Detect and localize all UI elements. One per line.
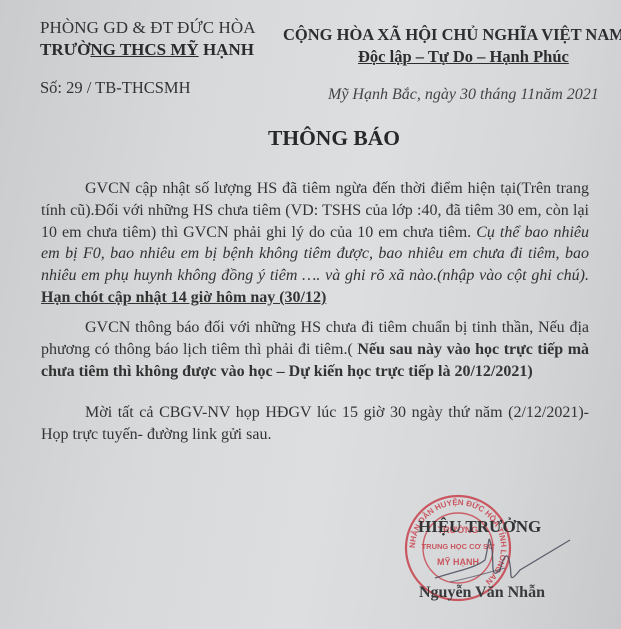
nation-heading: CỘNG HÒA XÃ HỘI CHỦ NGHĨA VIỆT NAM [283, 25, 621, 45]
school-name-prefix: TRƯỜ [40, 40, 90, 59]
school-name-underlined: NG THCS MỸ [90, 40, 198, 59]
agency-name: PHÒNG GD & ĐT ĐỨC HÒA [40, 18, 256, 38]
document-title: THÔNG BÁO [268, 126, 400, 151]
place-and-date: Mỹ Hạnh Bắc, ngày 30 tháng 11năm 2021 [328, 86, 599, 104]
paragraph-update-vaccination: GVCN cập nhật số lượng HS đã tiêm ngừa đ… [41, 178, 589, 309]
document-number: Số: 29 / TB-THCSMH [40, 78, 191, 98]
paragraph-meeting-invite: Mời tất cả CBGV-NV họp HĐGV lúc 15 giờ 3… [41, 402, 589, 446]
school-name-suffix: HẠNH [199, 40, 254, 59]
signer-name: Nguyễn Văn Nhẫn [419, 584, 545, 602]
school-name: TRƯỜNG THCS MỸ HẠNH [40, 40, 254, 60]
national-motto: Độc lập – Tự Do – Hạnh Phúc [358, 47, 569, 67]
p3-text: Mời tất cả CBGV-NV họp HĐGV lúc 15 giờ 3… [41, 404, 589, 443]
p1-deadline: Hạn chót cập nhật 14 giờ hôm nay (30/12) [41, 289, 326, 306]
paragraph-prepare-vaccination: GVCN thông báo đối với những HS chưa đi … [41, 317, 589, 382]
